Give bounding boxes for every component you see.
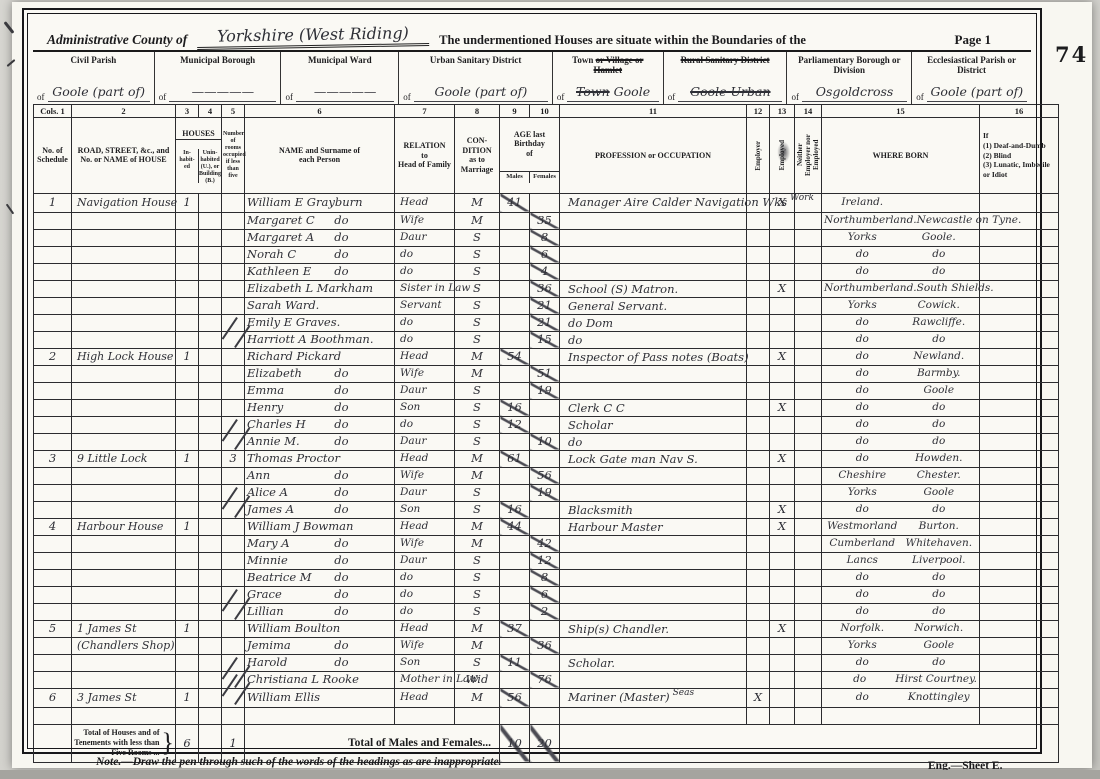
footnote: Note.—Draw the pen through such of the w…: [96, 756, 501, 768]
cell-neither: [795, 348, 822, 365]
column-number: 14: [795, 105, 822, 118]
born-county: do: [824, 451, 901, 466]
cell-inhabited: [176, 586, 199, 603]
cell-neither: [795, 467, 822, 484]
of-prefix: of: [159, 92, 167, 102]
surname-ditto: do: [334, 383, 348, 398]
cell-neither: [795, 671, 822, 688]
cell-age-female: [530, 620, 560, 637]
cell-infirmity: [980, 246, 1059, 263]
cell-inhabited: [176, 229, 199, 246]
cell-relation: Son: [395, 399, 455, 416]
census-rows: 1Navigation House1William E GrayburnHead…: [34, 193, 1059, 724]
cell-profession: Clerk C C: [560, 399, 747, 416]
district-boxes: Civil Parish ofGoole (part of) Municipal…: [33, 50, 1031, 104]
born-county: Norfolk.: [824, 621, 901, 636]
cell-employer: [747, 433, 770, 450]
district-ecclesiastical-parish: Ecclesiastical Parish or District ofGool…: [912, 52, 1031, 104]
cell-profession: [560, 263, 747, 280]
cell-employer: [747, 501, 770, 518]
cell-employed: X: [770, 193, 795, 212]
cell-rooms: [222, 603, 245, 620]
person-name: Harriott A Boothman.: [247, 332, 374, 347]
born-county: Lancs: [824, 553, 901, 568]
cell-age-male: [500, 433, 530, 450]
cell-employer: [747, 399, 770, 416]
cell-schedule: [34, 212, 72, 229]
header-where-born: WHERE BORN: [822, 118, 980, 194]
cell-condition: S: [455, 399, 500, 416]
cell-neither: [795, 212, 822, 229]
cell-neither: [795, 620, 822, 637]
cell-where-born: dodo: [822, 399, 980, 416]
cell-where-born: LancsLiverpool.: [822, 552, 980, 569]
cell-rooms: [222, 263, 245, 280]
cell-where-born: doNewland.: [822, 348, 980, 365]
born-county: do: [824, 655, 901, 670]
person-name: Grace: [247, 587, 282, 602]
cell-house: 9 Little Lock: [72, 450, 176, 467]
cell-neither: [795, 450, 822, 467]
district-urban-sanitary: Urban Sanitary District ofGoole (part of…: [399, 52, 553, 104]
cell-profession: [560, 382, 747, 399]
cell-condition: S: [455, 263, 500, 280]
cell-age-male: [500, 280, 530, 297]
cell-house: [72, 569, 176, 586]
cell-condition: M: [455, 467, 500, 484]
district-value-struck: Goole Urban: [690, 84, 770, 99]
table-row: GracedodoS6dodo: [34, 586, 1059, 603]
cell-rooms: [222, 688, 245, 707]
surname-ditto: do: [334, 485, 348, 500]
surname-ditto: do: [334, 400, 348, 415]
administrative-county-value: Yorkshire (West Riding): [197, 23, 429, 50]
cell-house: [72, 586, 176, 603]
born-county: do: [824, 315, 901, 330]
district-label: Municipal Ward: [308, 55, 372, 65]
column-headers-row: No. of Schedule ROAD, STREET, &c., and N…: [34, 118, 1059, 194]
cell-condition: M: [455, 193, 500, 212]
born-place: Goole: [901, 383, 978, 398]
born-place: do: [901, 417, 978, 432]
header-inhabited: In- habit- ed: [176, 149, 199, 183]
born-place: Burton.: [901, 519, 978, 534]
cell-infirmity: [980, 501, 1059, 518]
cell-age-male: 61: [500, 450, 530, 467]
cell-age-female: [530, 450, 560, 467]
cell-age-male: [500, 671, 530, 688]
cell-employer: [747, 348, 770, 365]
cell-rooms: [222, 433, 245, 450]
cell-house: [72, 416, 176, 433]
cell-name: Anndo: [245, 467, 395, 484]
cell-name: Harolddo: [245, 654, 395, 671]
cell-age-female: 6: [530, 246, 560, 263]
cell-relation: Daur: [395, 229, 455, 246]
table-row: ElizabethdoWifeM51doBarmby.: [34, 365, 1059, 382]
cell-relation: [395, 707, 455, 724]
district-rural-sanitary: Rural Sanitary District ofGoole Urban: [664, 52, 788, 104]
person-name: Margaret C: [247, 213, 315, 228]
cell-profession: School (S) Matron.: [560, 280, 747, 297]
cell-relation: Daur: [395, 433, 455, 450]
cell-age-female: [530, 707, 560, 724]
cell-employed: [770, 229, 795, 246]
cell-uninhabited: [199, 416, 222, 433]
column-number: 15: [822, 105, 980, 118]
district-value: Goole (part of): [52, 84, 145, 99]
cell-schedule: [34, 263, 72, 280]
born-county: do: [824, 690, 901, 705]
cell-profession: do: [560, 433, 747, 450]
cell-schedule: [34, 637, 72, 654]
cell-name: Alice Ado: [245, 484, 395, 501]
cell-schedule: [34, 314, 72, 331]
district-town: Town or Village or Hamlet ofTown Goole: [553, 52, 664, 104]
cell-schedule: [34, 331, 72, 348]
cell-profession: [560, 365, 747, 382]
person-name: James A: [247, 502, 294, 517]
cell-neither: [795, 280, 822, 297]
cell-employed: X: [770, 450, 795, 467]
cell-schedule: [34, 484, 72, 501]
cell-neither: [795, 484, 822, 501]
district-municipal-borough: Municipal Borough of—————: [155, 52, 282, 104]
born-place: Goole.: [901, 230, 978, 245]
district-label: Ecclesiastical Parish or District: [927, 55, 1016, 75]
cell-infirmity: [980, 467, 1059, 484]
cell-employer: [747, 637, 770, 654]
cell-name: Henrydo: [245, 399, 395, 416]
cell-age-female: [530, 399, 560, 416]
cell-where-born: YorksGoole: [822, 637, 980, 654]
born-county: do: [824, 417, 901, 432]
person-name: William Ellis: [247, 690, 320, 705]
cell-schedule: [34, 586, 72, 603]
cell-name: Margaret Cdo: [245, 212, 395, 229]
cell-employer: [747, 535, 770, 552]
cell-inhabited: [176, 297, 199, 314]
cell-age-male: [500, 569, 530, 586]
cell-employed: [770, 671, 795, 688]
cell-schedule: 2: [34, 348, 72, 365]
cell-profession: [560, 707, 747, 724]
surname-ditto: do: [334, 570, 348, 585]
born-county: do: [824, 383, 901, 398]
table-row: 1Navigation House1William E GrayburnHead…: [34, 193, 1059, 212]
administrative-county-label: Administrative County of: [47, 32, 187, 48]
of-prefix: of: [37, 92, 45, 102]
cell-employer: [747, 193, 770, 212]
column-number: 8: [455, 105, 500, 118]
cell-employer: [747, 365, 770, 382]
cell-infirmity: [980, 433, 1059, 450]
cell-where-born: dodo: [822, 433, 980, 450]
surname-ditto: do: [334, 417, 348, 432]
cell-relation: Wife: [395, 212, 455, 229]
cell-name: Annie M.do: [245, 433, 395, 450]
person-name: Elizabeth: [247, 366, 302, 381]
table-row: Margaret CdoWifeM35Northumberland.Newcas…: [34, 212, 1059, 229]
surname-ditto: do: [334, 213, 348, 228]
cell-name: Norah Cdo: [245, 246, 395, 263]
cell-house: [72, 707, 176, 724]
cell-employed: [770, 331, 795, 348]
cell-age-male: [500, 212, 530, 229]
cell-rooms: [222, 535, 245, 552]
cell-profession: Scholar.: [560, 654, 747, 671]
district-label: Urban Sanitary District: [430, 55, 522, 65]
cell-relation: Wife: [395, 535, 455, 552]
cell-inhabited: [176, 484, 199, 501]
table-row: Mary AdoWifeM42CumberlandWhitehaven.: [34, 535, 1059, 552]
cell-relation: Daur: [395, 552, 455, 569]
person-name: Emily E Graves.: [247, 315, 340, 330]
column-number: 4: [199, 105, 222, 118]
cell-employed: [770, 484, 795, 501]
cell-employed: [770, 688, 795, 707]
cell-house: [72, 535, 176, 552]
district-label-struck: Rural Sanitary District: [681, 55, 770, 65]
cell-neither: [795, 637, 822, 654]
cell-employed: [770, 433, 795, 450]
cell-uninhabited: [199, 348, 222, 365]
district-municipal-ward: Municipal Ward of—————: [281, 52, 399, 104]
cell-inhabited: [176, 707, 199, 724]
cell-profession: [560, 246, 747, 263]
header-condition: CON- DITION as to Marriage: [455, 118, 500, 194]
cell-age-male: 12: [500, 416, 530, 433]
cell-profession: Lock Gate man Nav S.: [560, 450, 747, 467]
cell-employed: X: [770, 280, 795, 297]
cell-age-male: 54: [500, 348, 530, 365]
cell-where-born: dodo: [822, 246, 980, 263]
cell-infirmity: [980, 620, 1059, 637]
surname-ditto: do: [334, 247, 348, 262]
born-place: do: [901, 264, 978, 279]
born-place: Whitehaven.: [901, 536, 978, 551]
cell-employer: [747, 212, 770, 229]
cell-relation: do: [395, 586, 455, 603]
cell-where-born: Northumberland.South Shields.: [822, 280, 980, 297]
census-table: Cols. 12345678910111213141516 No. of Sch…: [33, 104, 1059, 763]
cell-name: Elizabeth L Markham: [245, 280, 395, 297]
occupation-text: do Dom: [568, 316, 613, 330]
of-prefix: of: [668, 92, 676, 102]
cell-age-male: [500, 637, 530, 654]
cell-inhabited: [176, 416, 199, 433]
cell-employer: [747, 586, 770, 603]
cell-uninhabited: [199, 246, 222, 263]
cell-neither: [795, 297, 822, 314]
cell-age-male: [500, 314, 530, 331]
cell-name: Emmado: [245, 382, 395, 399]
cell-schedule: 1: [34, 193, 72, 212]
occupation-text: do: [568, 435, 582, 449]
cell-uninhabited: [199, 518, 222, 535]
cell-neither: [795, 518, 822, 535]
occupation-text: Clerk C C: [568, 401, 625, 415]
column-number: 16: [980, 105, 1059, 118]
of-prefix: of: [557, 92, 565, 102]
cell-employed: [770, 569, 795, 586]
cell-rooms: [222, 586, 245, 603]
cell-infirmity: [980, 603, 1059, 620]
occupation-text: do: [568, 333, 582, 347]
cell-inhabited: [176, 467, 199, 484]
cell-name: Thomas Proctor: [245, 450, 395, 467]
born-county: do: [824, 502, 901, 517]
cell-condition: S: [455, 603, 500, 620]
occupation-text: Scholar.: [568, 656, 615, 670]
person-name: William J Bowman: [247, 519, 353, 534]
cell-age-male: [500, 331, 530, 348]
cell-house: [72, 314, 176, 331]
cell-neither: [795, 399, 822, 416]
totals-males: 10: [500, 724, 530, 762]
cell-age-male: [500, 586, 530, 603]
of-prefix: of: [403, 92, 411, 102]
cell-employed: [770, 212, 795, 229]
cell-house: [72, 484, 176, 501]
cell-relation: Head: [395, 450, 455, 467]
cell-condition: S: [455, 382, 500, 399]
cell-age-male: [500, 484, 530, 501]
cell-schedule: [34, 535, 72, 552]
table-row: 63 James St1William EllisHeadM56Mariner …: [34, 688, 1059, 707]
person-name: Kathleen E: [247, 264, 311, 279]
cell-age-male: 44: [500, 518, 530, 535]
cell-house: [72, 229, 176, 246]
cell-infirmity: [980, 263, 1059, 280]
cell-infirmity: [980, 671, 1059, 688]
occupation-text: Mariner (Master): [568, 690, 670, 704]
cell-relation: Mother in Law: [395, 671, 455, 688]
cell-where-born: dodo: [822, 416, 980, 433]
cell-house: [72, 263, 176, 280]
header-employed: Employed: [770, 118, 795, 194]
district-civil-parish: Civil Parish ofGoole (part of): [33, 52, 155, 104]
cell-schedule: [34, 433, 72, 450]
cell-house: [72, 280, 176, 297]
cell-schedule: [34, 603, 72, 620]
cell-house: 3 James St: [72, 688, 176, 707]
cell-where-born: YorksGoole.: [822, 229, 980, 246]
cell-uninhabited: [199, 280, 222, 297]
cell-uninhabited: [199, 331, 222, 348]
cell-house: [72, 382, 176, 399]
margin-folio-number: 74: [1055, 42, 1088, 67]
cell-relation: Wife: [395, 365, 455, 382]
cell-schedule: [34, 382, 72, 399]
cell-house: [72, 433, 176, 450]
born-county: Yorks: [824, 298, 901, 313]
cell-rooms: [222, 399, 245, 416]
cell-where-born: YorksGoole: [822, 484, 980, 501]
cell-name: Sarah Ward.: [245, 297, 395, 314]
cell-where-born: doHowden.: [822, 450, 980, 467]
column-number: 10: [530, 105, 560, 118]
born-place: do: [901, 434, 978, 449]
census-scan: Administrative County of Yorkshire (West…: [0, 0, 1100, 779]
cell-age-male: [500, 297, 530, 314]
surname-ditto: do: [334, 536, 348, 551]
cell-uninhabited: [199, 569, 222, 586]
cell-uninhabited: [199, 501, 222, 518]
cell-employer: X: [747, 688, 770, 707]
district-label: Town: [572, 55, 593, 65]
cell-rooms: [222, 569, 245, 586]
cell-employer: [747, 569, 770, 586]
cell-uninhabited: [199, 535, 222, 552]
cell-inhabited: 1: [176, 620, 199, 637]
cell-house: [72, 399, 176, 416]
cell-where-born: Norfolk.Norwich.: [822, 620, 980, 637]
born-county: do: [824, 366, 901, 381]
header-profession: PROFESSION or OCCUPATION: [560, 118, 747, 194]
district-value-struck: Town: [576, 84, 610, 99]
person-name: Richard Pickard: [247, 349, 341, 364]
cell-profession: [560, 467, 747, 484]
cell-age-female: 12: [530, 552, 560, 569]
cell-infirmity: [980, 280, 1059, 297]
cell-employed: X: [770, 620, 795, 637]
table-row: Charles HdodoS12Scholardodo: [34, 416, 1059, 433]
cell-where-born: CheshireChester.: [822, 467, 980, 484]
cell-name: Christiana L Rooke: [245, 671, 395, 688]
table-row: [34, 707, 1059, 724]
cell-inhabited: [176, 365, 199, 382]
cell-employer: [747, 280, 770, 297]
cell-age-male: 41: [500, 193, 530, 212]
cell-rooms: [222, 620, 245, 637]
cell-age-male: [500, 535, 530, 552]
cell-rooms: [222, 501, 245, 518]
born-county: do: [824, 247, 901, 262]
cell-age-female: 19: [530, 382, 560, 399]
cell-employer: [747, 484, 770, 501]
totals-females: 20: [530, 724, 560, 762]
cell-age-female: [530, 416, 560, 433]
district-value: Goole (part of): [434, 84, 527, 99]
cell-condition: [455, 707, 500, 724]
cell-relation: Son: [395, 501, 455, 518]
cell-profession: [560, 671, 747, 688]
cell-infirmity: [980, 688, 1059, 707]
cell-inhabited: [176, 569, 199, 586]
table-row: Alice AdoDaurS19YorksGoole: [34, 484, 1059, 501]
born-county: Northumberland.: [824, 281, 917, 296]
cell-schedule: [34, 671, 72, 688]
cell-neither: [795, 501, 822, 518]
cell-rooms: [222, 212, 245, 229]
cell-house: High Lock House: [72, 348, 176, 365]
person-name: Lillian: [247, 604, 284, 619]
cell-age-female: 35: [530, 212, 560, 229]
born-place: Knottingley: [901, 690, 978, 705]
cell-name: Jemimado: [245, 637, 395, 654]
cell-age-male: 11: [500, 654, 530, 671]
cell-schedule: [34, 654, 72, 671]
cell-where-born: dodo: [822, 603, 980, 620]
cell-age-female: 4: [530, 263, 560, 280]
cell-name: William Ellis: [245, 688, 395, 707]
cell-neither: [795, 688, 822, 707]
born-place: do: [901, 247, 978, 262]
cell-condition: M: [455, 637, 500, 654]
table-row: Christiana L RookeMother in LawWid76doHi…: [34, 671, 1059, 688]
table-row: Emily E Graves.doS21do DomdoRawcliffe.: [34, 314, 1059, 331]
